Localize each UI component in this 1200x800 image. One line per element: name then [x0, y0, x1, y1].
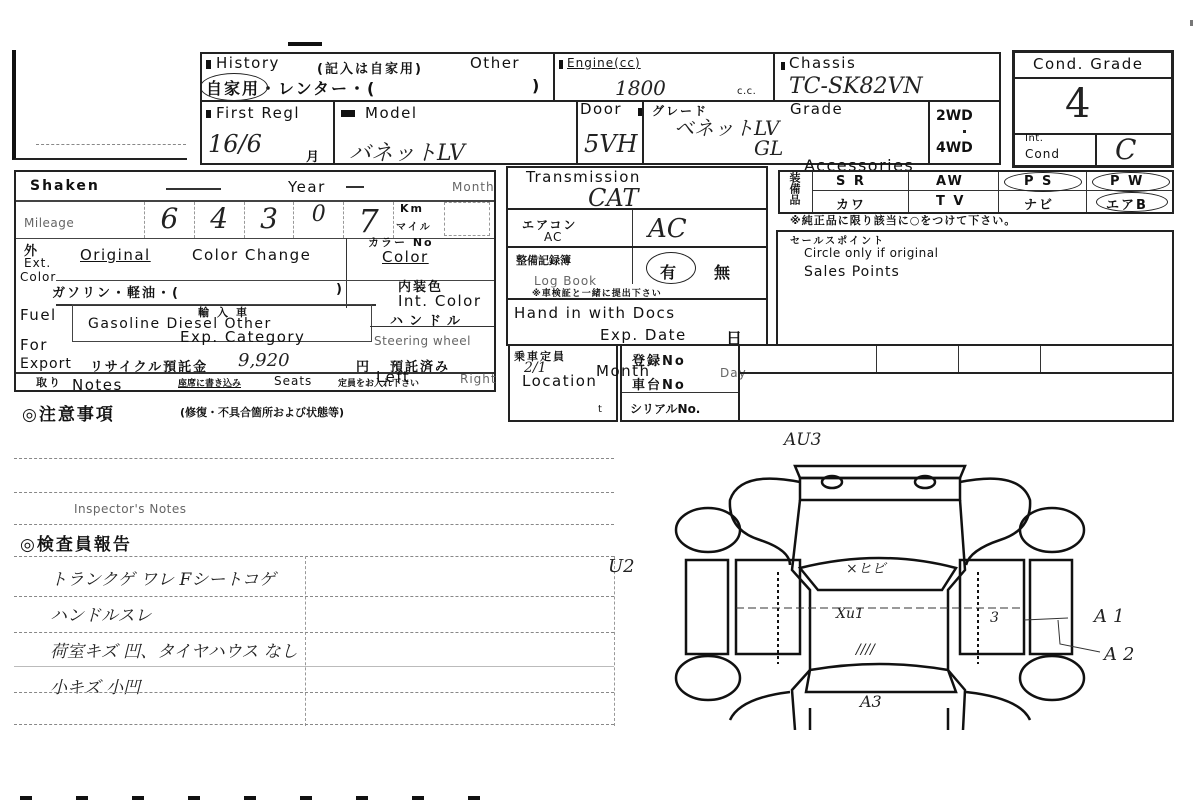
mark-dash: //// — [856, 642, 875, 658]
accessories-note: ※純正品に限り該当に○をつけて下さい。 — [790, 212, 1016, 228]
hand-in-label: Hand in with Docs — [514, 304, 676, 322]
inspector-report-heading: ◎検査員報告 — [20, 530, 132, 555]
inspector-report-lines: トランクゲ ワレ Fシートコゲ ハンドルスレ 荷室キズ 凹、タイヤハウス なし … — [50, 562, 610, 706]
hand-in-box: Hand in with Docs Exp. Date 日 — [506, 298, 768, 346]
exp-category-label: Exp. Category — [180, 328, 305, 346]
mileage-unit-mile: マイル — [396, 218, 432, 233]
left-label: Left — [376, 368, 410, 386]
int-cond-value: C — [1115, 133, 1136, 166]
drive-box: 2WD 4WD — [928, 100, 1001, 165]
accessory-sr: S R — [836, 174, 866, 189]
mileage-digit: 6 — [144, 202, 194, 238]
sales-points-jp: セールスポイント — [790, 232, 885, 247]
int-cond-label-1: Int. — [1025, 133, 1043, 144]
location-label: Location — [522, 372, 597, 390]
ac-label: AC — [544, 230, 562, 244]
accessories-side-jp: 装備品 — [786, 172, 802, 205]
mark-roof: Xu1 — [836, 606, 864, 622]
chassis-value: TC-SK82VN — [789, 74, 923, 99]
notes-label: Notes — [72, 376, 123, 394]
ac-value: AC — [648, 214, 687, 244]
top-right-mark — [1190, 20, 1193, 26]
location-box: 乗車定員 2/1 Location t — [508, 344, 618, 422]
shaken-label: Shaken — [30, 178, 100, 194]
report-line: 小キズ 小凹 — [50, 670, 610, 706]
reg-jp: 登録No — [632, 350, 686, 369]
history-note: (記入は自家用) — [317, 58, 423, 77]
shaken-year-label: Year — [288, 178, 326, 196]
engine-value: 1800 — [615, 76, 666, 100]
first-reg-marker-icon — [206, 110, 211, 118]
log-book-no: 無 — [714, 260, 732, 283]
other-label: Other — [470, 54, 520, 72]
mileage-digits: 6 4 3 0 7 — [144, 202, 394, 238]
right-info-row-1 — [738, 344, 1174, 374]
notes-jp: 取り — [36, 374, 62, 390]
ext-color-label-1: Ext. — [24, 256, 51, 270]
engine-label: Engine(cc) — [567, 56, 641, 70]
sales-points-label: Sales Points — [804, 264, 900, 280]
mileage-digit: 4 — [194, 202, 244, 238]
fuel-jp-close: ) — [336, 282, 344, 297]
recycle-fee-value: 9,920 — [238, 350, 290, 371]
door-box: Door 5VH — [576, 100, 644, 165]
mileage-extra-box — [444, 202, 490, 236]
history-box: History (記入は自家用) Other 自家用・レンター・( ) — [200, 52, 555, 102]
original-label: Original — [80, 246, 151, 264]
mark-right-front: A1 — [1094, 606, 1130, 627]
top-mark — [288, 42, 322, 46]
mileage-unit-km: Km — [400, 202, 424, 215]
door-label: Door — [580, 100, 622, 118]
chassis-marker-icon — [781, 62, 785, 70]
mark-rear-window: ×ヒビ — [846, 558, 886, 578]
report-line: トランクゲ ワレ Fシートコゲ — [50, 562, 610, 598]
exp-category-jp: 輸入車 — [198, 304, 255, 320]
accessories-box: 装備品 S R AW P S P W カワ T V ナビ エアB — [778, 170, 1174, 214]
mark-right-sill: A2 — [1104, 644, 1140, 665]
report-side-mark: U2 — [608, 556, 635, 577]
seats-label: Seats — [274, 374, 312, 388]
first-reg-label: First Regl — [216, 104, 300, 122]
log-book-yes-circle[interactable] — [646, 252, 696, 284]
mileage-label: Mileage — [24, 216, 74, 230]
ac-box: エアコン AC AC — [506, 208, 768, 248]
for-label: For — [20, 336, 48, 354]
accessory-navi: ナビ — [1024, 194, 1054, 213]
drive-separator — [963, 130, 966, 133]
cond-grade-value: 4 — [1065, 81, 1090, 127]
notes-heading-sub: (修復・不具合箇所および状態等) — [180, 404, 344, 420]
accessory-aw: AW — [936, 174, 964, 189]
engine-marker-icon — [559, 60, 563, 69]
serial-jp: シリアルNo. — [630, 400, 700, 417]
exp-date-label: Exp. Date — [600, 326, 687, 344]
ps-circle — [1004, 172, 1082, 192]
fuel-label: Fuel — [20, 306, 57, 324]
mark-right-side: 3 — [990, 610, 999, 626]
bottom-row-marks — [20, 796, 520, 800]
int-cond-label-2: Cond — [1025, 147, 1060, 161]
car-damage-diagram: AU3 ×ヒビ Xu1 //// 3 A1 A2 A3 — [660, 430, 1200, 730]
cond-grade-label: Cond. Grade — [1033, 55, 1143, 73]
airbag-circle — [1096, 192, 1168, 212]
car-no-jp: 車台No — [632, 374, 686, 393]
model-label: Model — [365, 104, 418, 122]
shaken-month-label: Month — [452, 180, 495, 194]
reg-box: 登録No 車台No シリアルNo. — [620, 344, 740, 422]
drive-2wd-option: 2WD — [936, 108, 973, 124]
report-line: ハンドルスレ — [50, 598, 610, 634]
location-unit: t — [598, 404, 602, 415]
engine-unit: c.c. — [737, 86, 756, 97]
accessory-leather: カワ — [836, 194, 866, 213]
accessory-tv: T V — [936, 194, 965, 209]
model-marker-icon — [341, 110, 355, 117]
grade-value-2: GL — [754, 136, 783, 160]
cond-grade-box: Cond. Grade 4 Int. Cond C — [1012, 50, 1174, 168]
circle-note: Circle only if original — [804, 246, 938, 260]
engine-box: Engine(cc) 1800 c.c. — [553, 52, 775, 102]
mileage-digit: 3 — [244, 202, 294, 238]
first-reg-value: 16/6 — [208, 130, 262, 158]
report-line: 荷室キズ 凹、タイヤハウス なし — [50, 634, 610, 670]
vehicle-details-box: Shaken Year Month Mileage 6 4 3 0 7 Km マ… — [14, 170, 496, 392]
chassis-label: Chassis — [789, 54, 856, 72]
color-change-label: Color Change — [192, 246, 311, 264]
model-value: バネットLV — [349, 136, 465, 167]
notes-heading: ◎注意事項 — [22, 400, 115, 425]
pw-circle — [1092, 172, 1170, 192]
int-color-label: Int. Color — [398, 292, 482, 310]
log-book-jp: 整備記録簿 — [516, 252, 571, 268]
mark-hood: A3 — [860, 692, 882, 711]
stamp-box — [12, 50, 187, 160]
history-close: ) — [532, 76, 541, 95]
history-marker-icon — [206, 60, 211, 69]
steering-label: Steering wheel — [374, 334, 471, 348]
history-circle-selected — [200, 73, 268, 101]
right-info-row-2 — [738, 372, 1174, 422]
color-label: Color — [382, 248, 429, 266]
chassis-box: Chassis TC-SK82VN — [773, 52, 1001, 102]
grade-label: Grade — [790, 100, 843, 118]
transmission-box: Transmission CAT — [506, 166, 768, 210]
log-book-box: 整備記録簿 Log Book 有 無 ※車検証と一緒に提出下さい — [506, 246, 768, 300]
seats-jp-pre: 座席に書き込み — [178, 376, 241, 389]
drive-4wd-option: 4WD — [936, 140, 973, 156]
history-label: History — [216, 54, 280, 72]
mileage-digit: 7 — [343, 202, 394, 238]
first-reg-month: 月 — [306, 146, 321, 165]
right-label: Right — [460, 372, 497, 386]
mileage-digit: 0 — [293, 202, 343, 238]
mark-rear-bumper: AU3 — [784, 430, 821, 450]
door-value: 5VH — [584, 130, 638, 158]
sales-points-box: セールスポイント Circle only if original Sales P… — [776, 230, 1174, 346]
first-reg-box: First Regl 16/6 月 — [200, 100, 335, 165]
fuel-jp-options: ガソリン・軽油・( — [52, 282, 180, 301]
car-outline-icon — [660, 430, 1200, 730]
export-label: Export — [20, 356, 72, 372]
ext-color-label-2: Color — [20, 270, 56, 284]
inspector-notes-label: Inspector's Notes — [74, 502, 187, 516]
model-box: Model バネットLV — [333, 100, 578, 165]
